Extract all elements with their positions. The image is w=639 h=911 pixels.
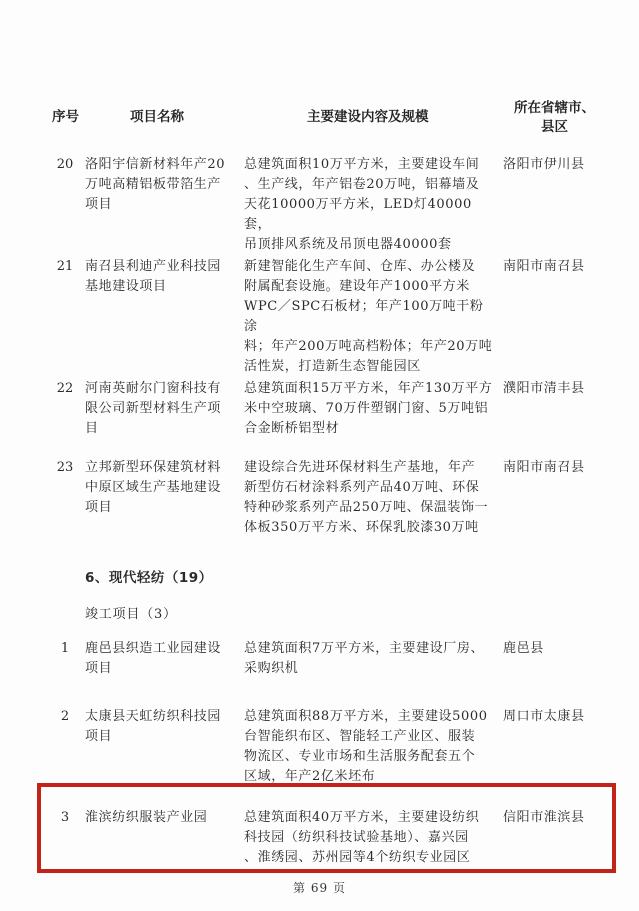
project-location: 洛阳市伊川县: [503, 155, 623, 175]
project-content: 总建筑面积7万平方米，主要建设厂房、 采购织机: [244, 639, 496, 679]
project-content: 总建筑面积40万平方米，主要建设纺织 科技园（纺织科技试验基地）、嘉兴园 、淮绣…: [244, 808, 496, 868]
header-no: 序号: [52, 108, 79, 127]
header-name: 项目名称: [130, 108, 184, 127]
project-name: 洛阳宇信新材料年产20 万吨高精铝板带箔生产 项目: [85, 155, 237, 215]
subsection-title: 竣工项目（3）: [85, 603, 177, 622]
row-number: 1: [52, 639, 78, 659]
row-number: 23: [52, 458, 78, 478]
project-content: 建设综合先进环保材料生产基地，年产 新型仿石材涂料系列产品40万吨、环保 特种砂…: [244, 458, 496, 538]
project-location: 鹿邑县: [503, 639, 623, 659]
row-number: 3: [52, 808, 78, 828]
project-name: 河南英耐尔门窗科技有 限公司新型材料生产项 目: [85, 379, 237, 439]
project-content: 总建筑面积88万平方米，主要建设5000 台智能织布区、智能轻工产业区、服装 物…: [244, 707, 496, 787]
row-number: 21: [52, 257, 78, 277]
row-number: 2: [52, 707, 78, 727]
project-location: 周口市太康县: [503, 707, 623, 727]
header-content: 主要建设内容及规模: [307, 108, 429, 127]
project-name: 淮滨纺织服装产业园: [85, 808, 237, 828]
project-content: 总建筑面积15万平方米，年产130万平方 米中空玻璃、70万件塑钢门窗、5万吨铝…: [244, 379, 496, 439]
project-content: 总建筑面积10万平方米，主要建设车间 、生产线，年产铝卷20万吨，铝幕墙及 天花…: [244, 155, 496, 255]
row-number: 20: [52, 155, 78, 175]
project-content: 新建智能化生产车间、仓库、办公楼及 附属配套设施。建设年产1000平方米 WPC…: [244, 257, 496, 377]
header-location-line1: 所在省辖市、: [514, 99, 595, 118]
page-number: 第 69 页: [0, 879, 639, 896]
project-location: 南阳市南召县: [503, 257, 623, 277]
project-location: 南阳市南召县: [503, 458, 623, 478]
document-page: 序号 项目名称 主要建设内容及规模 所在省辖市、 县区 20 洛阳宇信新材料年产…: [0, 0, 639, 911]
section-title: 6、现代轻纺（19）: [85, 566, 213, 586]
project-name: 鹿邑县织造工业园建设 项目: [85, 639, 237, 679]
row-number: 22: [52, 379, 78, 399]
project-name: 立邦新型环保建筑材料 中原区域生产基地建设 项目: [85, 458, 237, 518]
project-location: 信阳市淮滨县: [503, 808, 623, 828]
header-location-line2: 县区: [541, 118, 568, 137]
project-name: 太康县天虹纺织科技园 项目: [85, 707, 237, 747]
project-name: 南召县利迪产业科技园 基地建设项目: [85, 257, 237, 297]
project-location: 濮阳市清丰县: [503, 379, 623, 399]
